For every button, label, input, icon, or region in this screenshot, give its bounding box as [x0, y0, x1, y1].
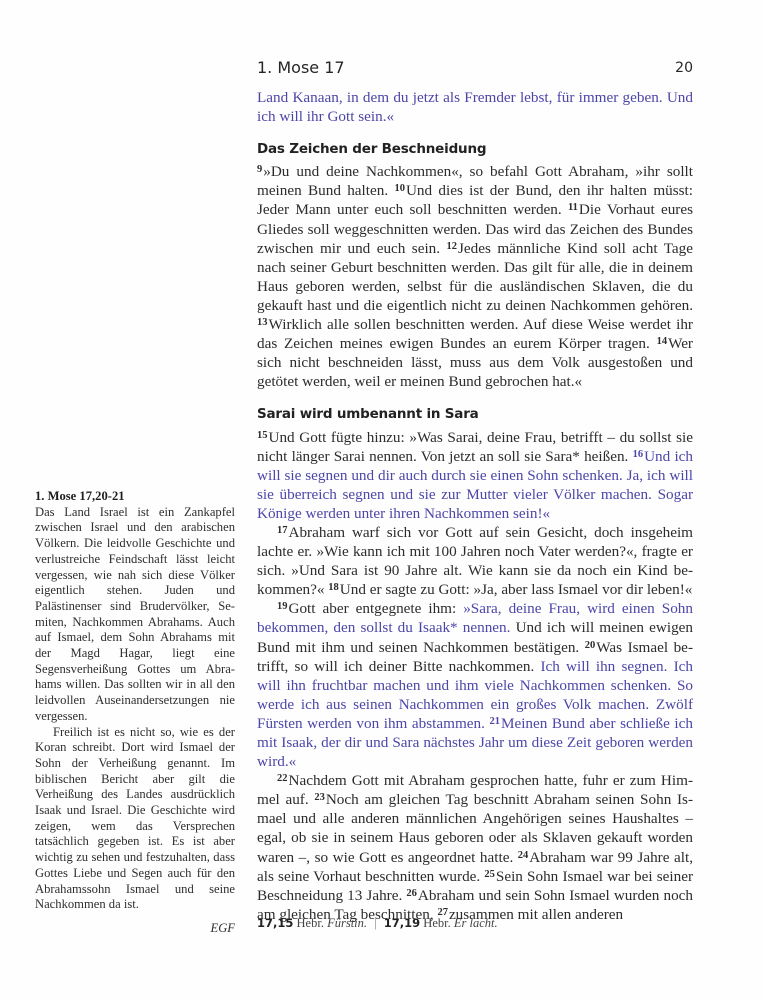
verse-number: 20 — [585, 640, 596, 651]
paragraph: 15Und Gott fügte hinzu: »Was Sarai, dein… — [257, 428, 693, 523]
bible-page: 1. Mose 17 20 Land Kanaan, in dem du jet… — [0, 0, 763, 1000]
chapter-title: 1. Mose 17 — [257, 58, 345, 77]
verse-text: Und Gott fügte hinzu: »Was Sarai, deine … — [257, 429, 693, 465]
footnote-ref: 17,15 — [257, 916, 293, 930]
verse-number: 12 — [447, 241, 458, 252]
verse-number: 23 — [314, 792, 325, 803]
paragraph: 19Gott aber entgegnete ihm: »Sara, deine… — [257, 599, 693, 771]
verse-number: 25 — [484, 869, 495, 880]
commentary-paragraph: Freilich ist es nicht so, wie es der Kor… — [35, 725, 235, 913]
footnote-text: Hebr. — [423, 916, 454, 930]
footnote-text: Hebr. — [297, 916, 328, 930]
footnote-italic: Fürstin. — [327, 916, 367, 930]
footnotes: 17,15 Hebr. Fürstin. | 17,19 Hebr. Er la… — [257, 916, 498, 931]
page-number: 20 — [675, 60, 693, 76]
verse-number: 26 — [406, 888, 417, 899]
footnote-ref: 17,19 — [384, 916, 420, 930]
verse-number: 17 — [277, 525, 288, 536]
verse-number: 18 — [328, 582, 339, 593]
verse-number: 19 — [277, 601, 288, 612]
intro-paragraph: Land Kanaan, in dem du jetzt als Fremder… — [257, 88, 693, 126]
commentary-reference: 1. Mose 17,20-21 — [35, 489, 235, 505]
running-header: 1. Mose 17 20 — [257, 58, 693, 82]
commentary-sidebar: 1. Mose 17,20-21 Das Land Israel ist ein… — [35, 489, 235, 937]
commentary-paragraph: Das Land Israel ist ein Zankapfel zwisch… — [35, 505, 235, 725]
footnote-italic: Er lacht. — [454, 916, 498, 930]
verse-number: 22 — [277, 773, 288, 784]
footnote-separator: | — [374, 916, 377, 930]
section-heading: Sarai wird umbenannt in Sara — [257, 405, 693, 424]
verse-text: Wirklich alle sollen beschnitten werden.… — [257, 316, 693, 352]
paragraph: 22Nachdem Gott mit Abraham gesprochen ha… — [257, 771, 693, 924]
verse-number: 21 — [489, 716, 500, 727]
paragraph: 17Abraham warf sich vor Gott auf sein Ge… — [257, 523, 693, 599]
paragraph: 9»Du und deine Nachkommen«, so befahl Go… — [257, 162, 693, 391]
verse-text: Und er sagte zu Gott: »Ja, aber lass Ism… — [340, 581, 693, 598]
verse-number: 13 — [257, 317, 268, 328]
section-heading: Das Zeichen der Beschneidung — [257, 140, 693, 159]
verse-number: 16 — [633, 449, 644, 460]
verse-text: Gott aber entgegnete ihm: — [289, 600, 464, 617]
verse-number: 11 — [568, 202, 578, 213]
verse-number: 24 — [518, 850, 529, 861]
verse-number: 9 — [257, 164, 262, 175]
verse-number: 10 — [394, 183, 405, 194]
divine-speech: Land Kanaan, in dem du jetzt als Fremder… — [257, 89, 693, 125]
verse-number: 14 — [657, 336, 668, 347]
main-text-column: Land Kanaan, in dem du jetzt als Fremder… — [257, 88, 693, 924]
commentary-signature: EGF — [35, 921, 235, 937]
verse-number: 15 — [257, 430, 268, 441]
